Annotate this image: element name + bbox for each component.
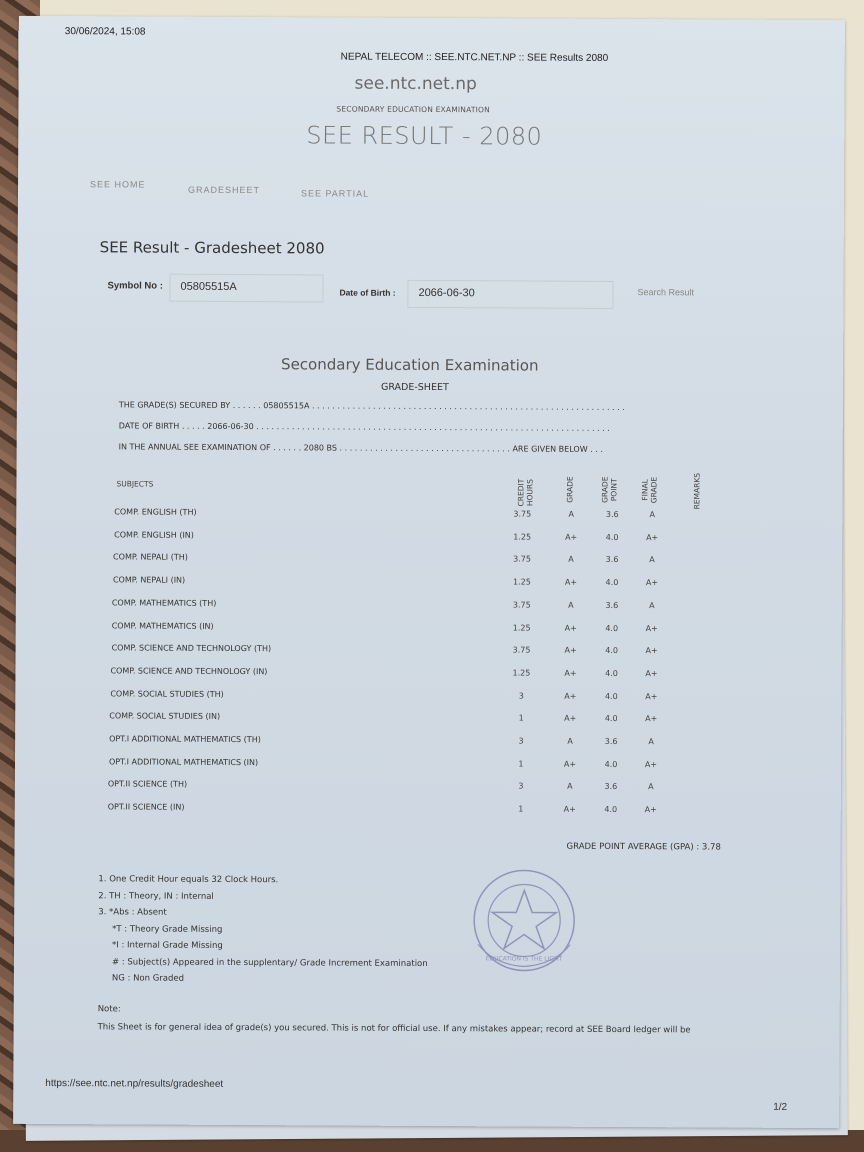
print-page-title: NEPAL TELECOM :: SEE.NTC.NET.NP :: SEE R… <box>341 52 609 64</box>
grade-point-cell: 3.6 <box>592 601 632 610</box>
print-page-number: 1/2 <box>773 1102 787 1113</box>
credit-hours-cell: 1.25 <box>502 577 542 586</box>
grade-point-cell: 3.6 <box>591 782 631 791</box>
site-title: SEE RESULT - 2080 <box>306 121 542 150</box>
subject-cell: COMP. SCIENCE AND TECHNOLOGY (IN) <box>110 666 267 676</box>
grade-point-cell: 4.0 <box>592 533 632 542</box>
credit-hours-cell: 3.75 <box>502 646 542 655</box>
nav-gradesheet[interactable]: GRADESHEET <box>188 185 260 195</box>
credit-hours-cell: 1.25 <box>501 668 541 677</box>
final-grade-cell: A+ <box>632 578 672 587</box>
symbol-no-input[interactable]: 05805515A <box>169 274 323 303</box>
col-remarks: REMARKS <box>692 473 701 509</box>
final-grade-cell: A+ <box>631 760 671 769</box>
grade-cell: A+ <box>550 805 590 814</box>
subject-cell: COMP. NEPALI (IN) <box>113 575 185 584</box>
grade-point-cell: 4.0 <box>592 578 632 587</box>
final-grade-cell: A+ <box>632 646 672 655</box>
legend-item: 1. One Credit Hour equals 32 Clock Hours… <box>98 871 428 889</box>
grade-point-cell: 4.0 <box>591 805 631 814</box>
subject-cell: OPT.II SCIENCE (TH) <box>108 780 187 789</box>
subject-cell: COMP. SOCIAL STUDIES (TH) <box>110 689 223 699</box>
col-grade-point-line2: POINT <box>609 477 618 503</box>
subject-cell: COMP. NEPALI (TH) <box>113 553 188 562</box>
final-grade-cell: A <box>632 555 672 564</box>
secured-by-line: THE GRADE(S) SECURED BY . . . . . . 0580… <box>119 400 625 412</box>
legend-item: *I : Internal Grade Missing <box>98 937 428 955</box>
final-grade-cell: A <box>632 510 672 519</box>
grade-point-cell: 3.6 <box>592 510 632 519</box>
grade-point-cell: 4.0 <box>591 714 631 723</box>
grade-cell: A+ <box>551 578 591 587</box>
legend-item: 3. *Abs : Absent <box>98 904 428 922</box>
seal-stamp-icon: EDUCATION IS THE LIGHT <box>464 868 585 979</box>
grade-point-cell: 4.0 <box>591 760 631 769</box>
final-grade-cell: A <box>631 782 671 791</box>
grade-point-cell: 4.0 <box>592 623 632 632</box>
col-credit-hours-line1: CREDIT <box>516 479 525 507</box>
grade-cell: A+ <box>551 646 591 655</box>
legend-item: NG : Non Graded <box>98 970 428 988</box>
note-heading: Note: <box>98 1004 121 1014</box>
col-final-grade-line1: FINAL <box>640 477 649 503</box>
subject-cell: COMP. ENGLISH (IN) <box>114 530 194 539</box>
final-grade-cell: A <box>631 737 671 746</box>
credit-hours-cell: 3 <box>501 736 541 745</box>
credit-hours-cell: 1 <box>501 714 541 723</box>
symbol-no-label: Symbol No : <box>107 280 162 291</box>
site-url: see.ntc.net.np <box>355 74 477 95</box>
legend-list: 1. One Credit Hour equals 32 Clock Hours… <box>98 871 428 988</box>
grade-cell: A+ <box>550 669 590 678</box>
section-title: SEE Result - Gradesheet 2080 <box>100 238 325 257</box>
grade-cell: A <box>550 782 590 791</box>
legend-item: *T : Theory Grade Missing <box>98 921 428 939</box>
dob-label: Date of Birth : <box>339 288 395 298</box>
col-grade: GRADE <box>565 476 574 502</box>
gradesheet-subtitle: GRADE-SHEET <box>381 382 449 393</box>
printed-gradesheet-page: 30/06/2024, 15:08 NEPAL TELECOM :: SEE.N… <box>13 16 845 1128</box>
grade-point-cell: 3.6 <box>592 555 632 564</box>
credit-hours-cell: 3.75 <box>502 600 542 609</box>
grade-point-cell: 4.0 <box>591 691 631 700</box>
credit-hours-cell: 1.25 <box>502 623 542 632</box>
col-grade-point: GRADE POINT <box>600 477 618 503</box>
credit-hours-cell: 1 <box>501 759 541 768</box>
exam-line: IN THE ANNUAL SEE EXAMINATION OF . . . .… <box>119 442 603 454</box>
grade-cell: A+ <box>551 532 591 541</box>
credit-hours-cell: 3 <box>501 691 541 700</box>
subject-cell: OPT.I ADDITIONAL MATHEMATICS (IN) <box>109 757 258 767</box>
final-grade-cell: A <box>632 601 672 610</box>
grade-cell: A+ <box>551 623 591 632</box>
subject-cell: COMP. SCIENCE AND TECHNOLOGY (TH) <box>112 644 272 654</box>
credit-hours-cell: 3.75 <box>502 509 542 518</box>
gradesheet-title: Secondary Education Examination <box>281 355 539 374</box>
dob-input[interactable]: 2066-06-30 <box>407 280 613 309</box>
col-final-grade: FINAL GRADE <box>640 477 658 503</box>
subject-cell: OPT.II SCIENCE (IN) <box>108 802 185 811</box>
svg-text:EDUCATION IS THE LIGHT: EDUCATION IS THE LIGHT <box>486 955 563 962</box>
credit-hours-cell: 1 <box>501 804 541 813</box>
grade-cell: A <box>551 555 591 564</box>
grade-cell: A <box>550 737 590 746</box>
dob-line: DATE OF BIRTH . . . . . 2066-06-30 . . .… <box>119 421 610 433</box>
final-grade-cell: A+ <box>631 692 671 701</box>
subject-cell: COMP. MATHEMATICS (IN) <box>112 621 214 631</box>
credit-hours-cell: 1.25 <box>502 532 542 541</box>
print-footer-url: https://see.ntc.net.np/results/gradeshee… <box>45 1078 223 1090</box>
subject-cell: COMP. ENGLISH (TH) <box>114 507 196 516</box>
site-subtitle: SECONDARY EDUCATION EXAMINATION <box>336 105 490 115</box>
grade-point-cell: 4.0 <box>591 669 631 678</box>
final-grade-cell: A+ <box>631 714 671 723</box>
final-grade-cell: A+ <box>631 669 671 678</box>
subject-cell: OPT.I ADDITIONAL MATHEMATICS (TH) <box>109 734 261 744</box>
grade-point-cell: 4.0 <box>592 646 632 655</box>
grade-point-cell: 3.6 <box>591 737 631 746</box>
col-credit-hours-line2: HOURS <box>525 479 534 507</box>
final-grade-cell: A+ <box>632 624 672 633</box>
final-grade-cell: A+ <box>631 805 671 814</box>
col-final-grade-line2: GRADE <box>649 477 658 503</box>
legend-item: # : Subject(s) Appeared in the supplenta… <box>98 954 428 972</box>
gpa-summary: GRADE POINT AVERAGE (GPA) : 3.78 <box>567 842 721 853</box>
final-grade-cell: A+ <box>632 533 672 542</box>
grade-cell: A <box>551 510 591 519</box>
legend-item: 2. TH : Theory, IN : Internal <box>98 888 428 906</box>
grade-cell: A <box>551 600 591 609</box>
credit-hours-cell: 3 <box>501 782 541 791</box>
subject-cell: COMP. MATHEMATICS (TH) <box>112 598 217 608</box>
grade-cell: A+ <box>550 691 590 700</box>
grade-cell: A+ <box>550 714 590 723</box>
credit-hours-cell: 3.75 <box>502 555 542 564</box>
note-text: This Sheet is for general idea of grade(… <box>98 1022 691 1035</box>
print-timestamp: 30/06/2024, 15:08 <box>65 26 146 37</box>
col-credit-hours: CREDIT HOURS <box>516 479 534 507</box>
nav-see-home[interactable]: SEE HOME <box>90 179 146 189</box>
subject-cell: COMP. SOCIAL STUDIES (IN) <box>109 712 220 722</box>
col-subjects: SUBJECTS <box>116 479 153 488</box>
search-result-button[interactable]: Search Result <box>637 287 694 297</box>
col-grade-point-line1: GRADE <box>600 477 609 503</box>
nav-see-partial[interactable]: SEE PARTIAL <box>301 188 369 198</box>
grade-cell: A+ <box>550 759 590 768</box>
